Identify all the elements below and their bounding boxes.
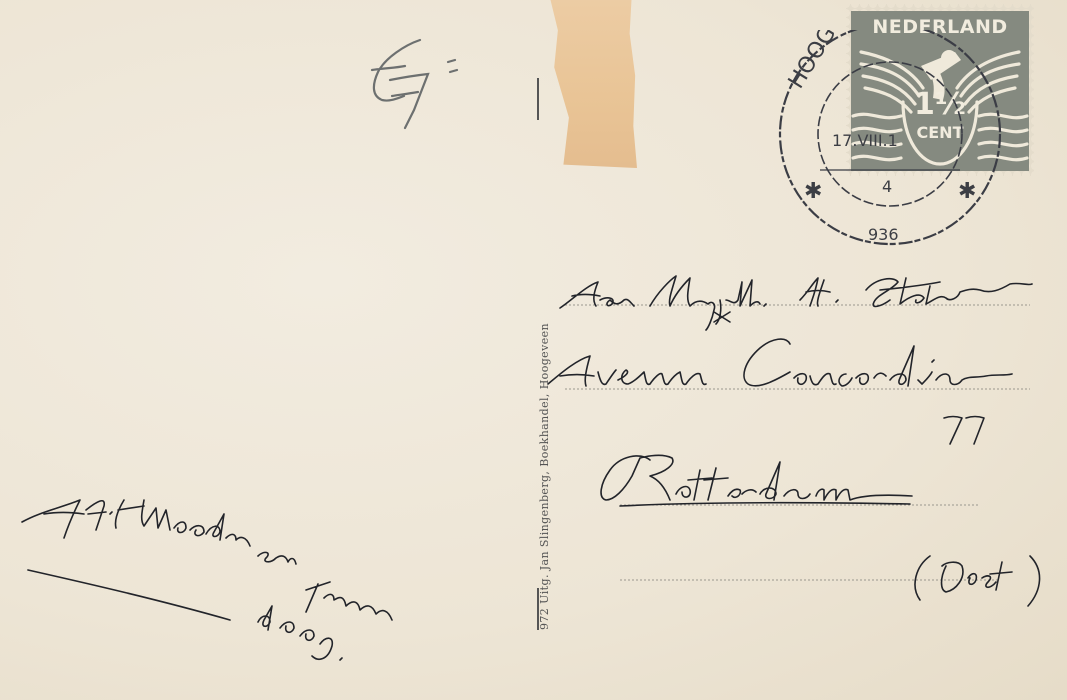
postcard-back: 972 Uitg. Jan Slingenberg, Boekhandel, H…	[0, 0, 1067, 700]
address-street: Avenu Concordia	[548, 350, 842, 390]
address-house-number: 77	[940, 412, 976, 445]
address-region: (Oost)	[910, 556, 1016, 596]
address-city: Rotterdam	[600, 452, 817, 498]
handwritten-message	[0, 0, 1067, 700]
address-recipient: Aan Mejuffr. H. Stoter	[560, 272, 942, 312]
